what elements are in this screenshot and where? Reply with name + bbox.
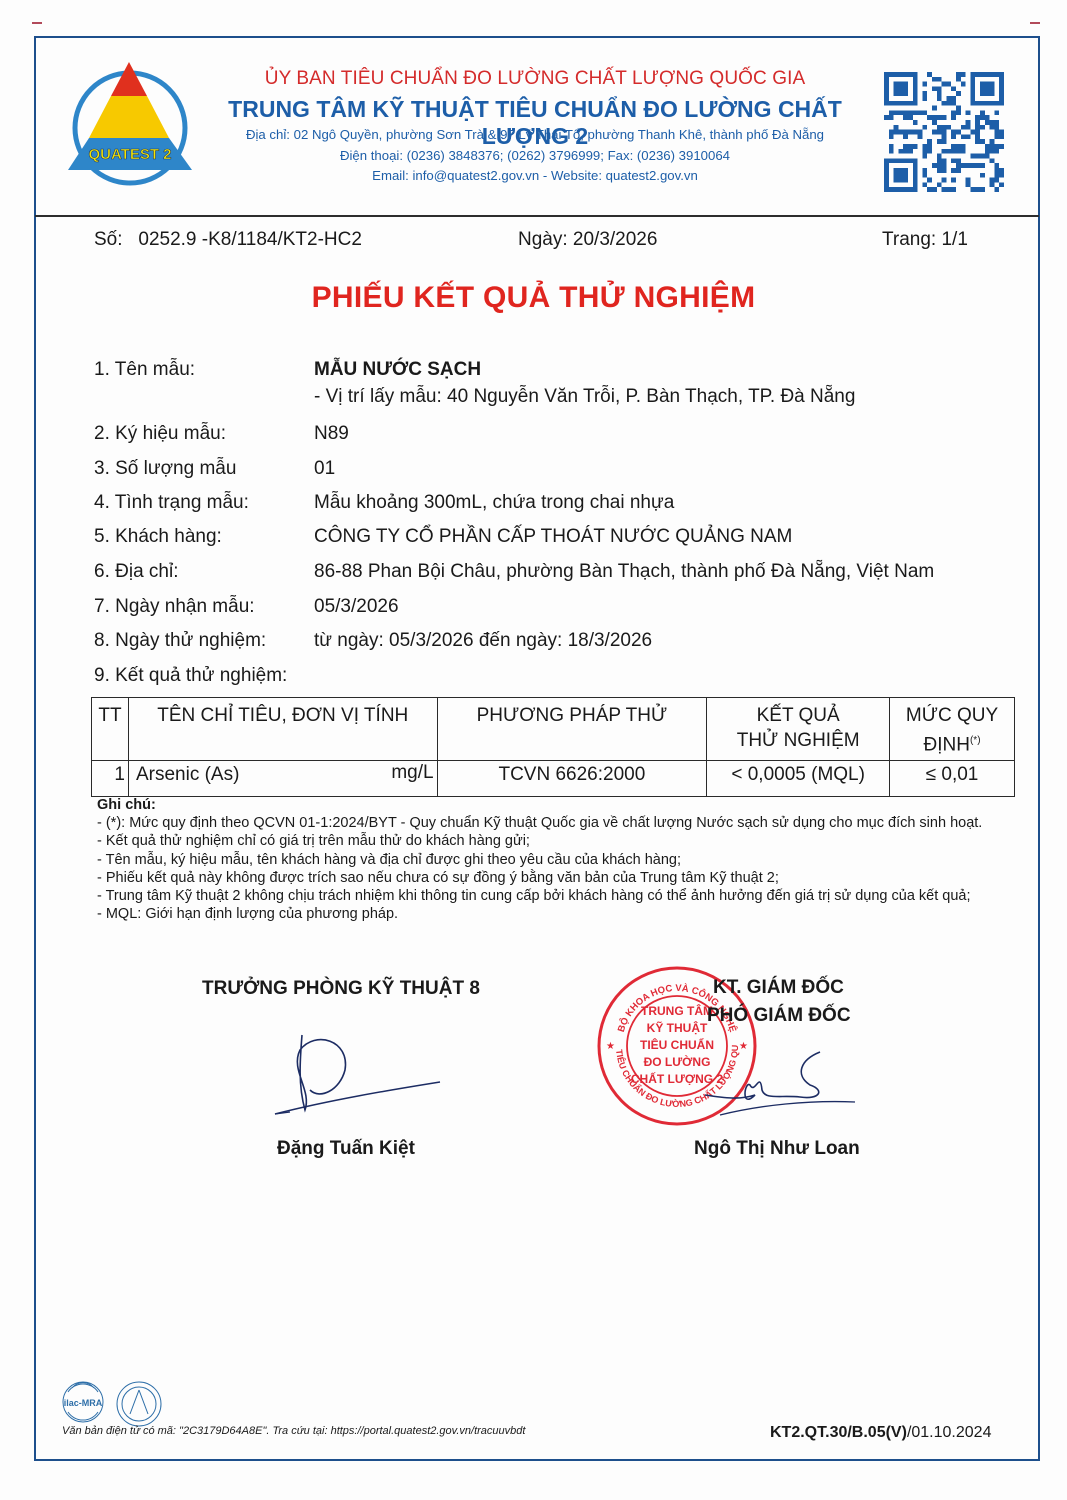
signature-right-icon [700,1050,860,1130]
notes-section: Ghi chú: - (*): Mức quy định theo QCVN 0… [97,796,997,923]
col-header-limit: MỨC QUYĐỊNH(*) [890,698,1015,761]
crop-mark [1030,22,1040,24]
quatest-logo-icon: QUATEST 2 [68,60,194,190]
cell-limit: ≤ 0,01 [890,761,1015,797]
svg-text:KỸ THUẬT: KỸ THUẬT [647,1020,708,1035]
cell-unit: mg/L [391,762,433,784]
cell-tt: 1 [92,761,129,797]
col-header-name: TÊN CHỈ TIÊU, ĐƠN VỊ TÍNH [128,698,437,761]
results-table: TT TÊN CHỈ TIÊU, ĐƠN VỊ TÍNH PHƯƠNG PHÁP… [91,697,1015,797]
org-address: Địa chỉ: 02 Ngô Quyền, phường Sơn Trà & … [200,127,870,142]
svg-text:★: ★ [606,1041,615,1052]
table-header-row: TT TÊN CHỈ TIÊU, ĐƠN VỊ TÍNH PHƯƠNG PHÁP… [92,698,1015,761]
signer-left-name: Đặng Tuấn Kiệt [277,1138,415,1160]
cell-name: Arsenic (As) mg/L [128,761,437,797]
signer-right-title-1: KT. GIÁM ĐỐC [713,977,844,999]
accreditation-badges-icon: ilac-MRA [60,1378,190,1428]
org-parent: ỦY BAN TIÊU CHUẨN ĐO LƯỜNG CHẤT LƯỢNG QU… [200,68,870,90]
svg-text:TRUNG TÂM: TRUNG TÂM [641,1003,713,1018]
note-item: - Trung tâm Kỹ thuật 2 không chịu trách … [97,887,997,905]
cell-method: TCVN 6626:2000 [437,761,707,797]
crop-mark [32,22,42,24]
svg-text:QUATEST 2: QUATEST 2 [88,146,171,163]
signer-right-name: Ngô Thị Như Loan [694,1138,860,1160]
note-item: - MQL: Giới hạn định lượng của phương ph… [97,905,997,923]
qr-code-icon [884,72,1004,192]
org-contact: Email: info@quatest2.gov.vn - Website: q… [200,168,870,183]
signer-left-title: TRƯỞNG PHÒNG KỸ THUẬT 8 [202,978,480,1000]
note-item: - Kết quả thử nghiệm chỉ có giá trị trên… [97,832,997,850]
note-item: - (*): Mức quy định theo QCVN 01-1:2024/… [97,814,997,832]
col-header-result: KẾT QUẢTHỬ NGHIỆM [707,698,890,761]
page-number: Trang: 1/1 [882,229,968,251]
form-code: KT2.QT.30/B.05(V)/01.10.2024 [770,1424,991,1442]
cell-result: < 0,0005 (MQL) [707,761,890,797]
org-phone: Điện thoại: (0236) 3848376; (0262) 37969… [200,148,870,163]
notes-heading: Ghi chú: [97,796,997,814]
col-header-method: PHƯƠNG PHÁP THỬ [437,698,707,761]
page-title: PHIẾU KẾT QUẢ THỬ NGHIỆM [0,281,1067,315]
document-date: Ngày: 20/3/2026 [518,229,657,251]
svg-text:ilac-MRA: ilac-MRA [64,1398,103,1408]
signature-left-icon [260,1030,460,1130]
electronic-code: Văn bản điện tử có mã: "2C3179D64A8E". T… [62,1425,525,1437]
note-item: - Phiếu kết quả này không được trích sao… [97,869,997,887]
header-divider [35,215,1039,217]
table-row: 1 Arsenic (As) mg/L TCVN 6626:2000 < 0,0… [92,761,1015,797]
document-number: Số: 0252.9 -K8/1184/KT2-HC2 [94,229,362,251]
col-header-tt: TT [92,698,129,761]
note-item: - Tên mẫu, ký hiệu mẫu, tên khách hàng v… [97,851,997,869]
signer-right-title-2: PHÓ GIÁM ĐỐC [707,1005,851,1027]
